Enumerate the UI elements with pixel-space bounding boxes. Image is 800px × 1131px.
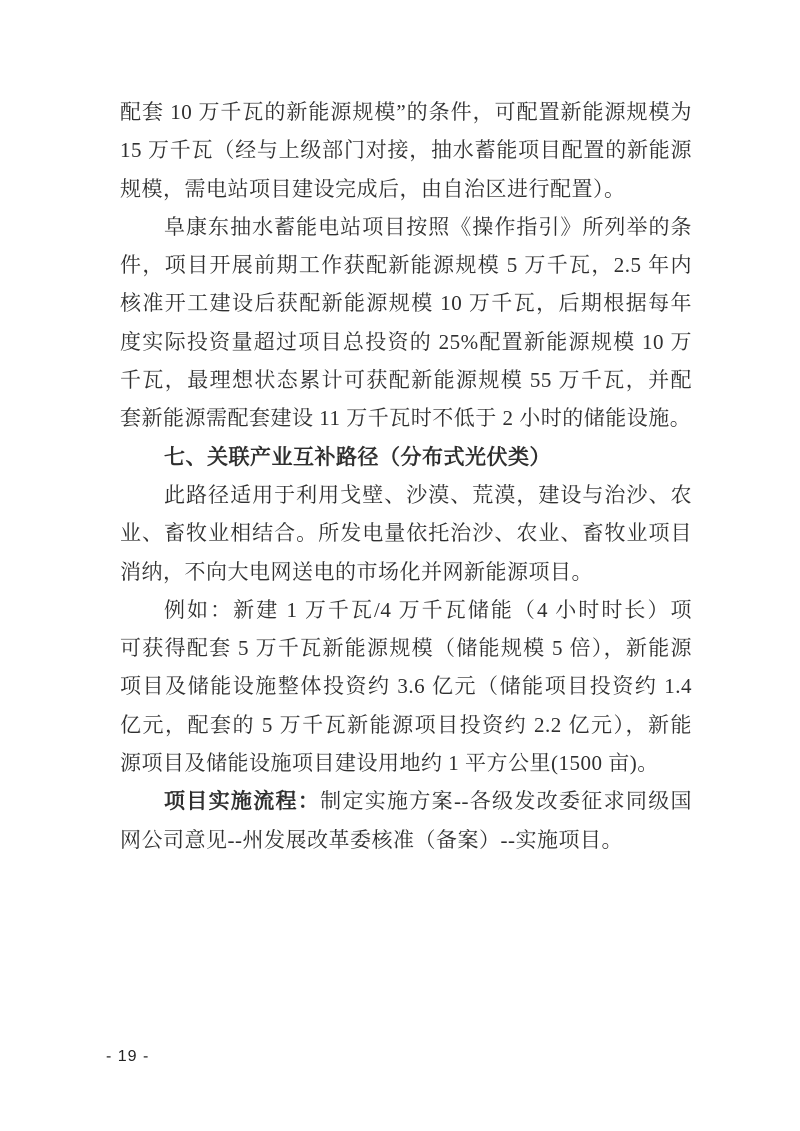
text-segment: 阜康东抽水蓄能电站项目按照《操作指引》所列举的条	[164, 215, 692, 239]
text-segment: 15 万千瓦（经与上级部门对接，抽水蓄能项目配置的新能源	[120, 138, 692, 162]
text-segment: 千瓦，最理想状态累计可获配新能源规模 55 万千瓦，并配	[120, 368, 692, 392]
bold-text-segment: 项目实施流程：	[164, 789, 320, 813]
bold-text-segment: 七、关联产业互补路径（分布式光伏类）	[164, 445, 551, 469]
text-line: 网公司意见--州发展改革委核准（备案）--实施项目。	[120, 821, 692, 859]
page-footer: - 19 -	[106, 1048, 149, 1066]
text-segment: 可获得配套 5 万千瓦新能源规模（储能规模 5 倍），新能源	[120, 636, 692, 660]
text-segment: 源项目及储能设施项目建设用地约 1 平方公里(1500 亩)。	[120, 751, 659, 775]
text-segment: 项目及储能设施整体投资约 3.6 亿元（储能项目投资约 1.4	[120, 674, 692, 698]
document-body: 配套 10 万千瓦的新能源规模”的条件，可配置新能源规模为15 万千瓦（经与上级…	[120, 93, 692, 859]
document-page: 配套 10 万千瓦的新能源规模”的条件，可配置新能源规模为15 万千瓦（经与上级…	[0, 0, 800, 1131]
text-line: 可获得配套 5 万千瓦新能源规模（储能规模 5 倍），新能源	[120, 629, 692, 667]
text-line: 亿元，配套的 5 万千瓦新能源项目投资约 2.2 亿元），新能	[120, 706, 692, 744]
text-segment: 消纳，不向大电网送电的市场化并网新能源项目。	[120, 560, 593, 584]
text-line: 项目实施流程：制定实施方案--各级发改委征求同级国	[120, 782, 692, 820]
text-line: 消纳，不向大电网送电的市场化并网新能源项目。	[120, 553, 692, 591]
text-line: 配套 10 万千瓦的新能源规模”的条件，可配置新能源规模为	[120, 93, 692, 131]
text-segment: 亿元，配套的 5 万千瓦新能源项目投资约 2.2 亿元），新能	[120, 713, 692, 737]
text-line: 套新能源需配套建设 11 万千瓦时不低于 2 小时的储能设施。	[120, 399, 692, 437]
text-segment: 核准开工建设后获配新能源规模 10 万千瓦，后期根据每年	[120, 291, 692, 315]
text-line: 源项目及储能设施项目建设用地约 1 平方公里(1500 亩)。	[120, 744, 692, 782]
page-number: - 19 -	[106, 1048, 149, 1065]
text-segment: 业、畜牧业相结合。所发电量依托治沙、农业、畜牧业项目	[120, 521, 692, 545]
text-segment: 规模，需电站项目建设完成后，由自治区进行配置）。	[120, 177, 626, 201]
text-line: 业、畜牧业相结合。所发电量依托治沙、农业、畜牧业项目	[120, 514, 692, 552]
text-line: 规模，需电站项目建设完成后，由自治区进行配置）。	[120, 170, 692, 208]
text-segment: 配套 10 万千瓦的新能源规模”的条件，可配置新能源规模为	[120, 100, 692, 124]
text-segment: 此路径适用于利用戈壁、沙漠、荒漠，建设与治沙、农	[164, 483, 692, 507]
text-line: 度实际投资量超过项目总投资的 25%配置新能源规模 10 万	[120, 323, 692, 361]
text-segment: 例如：新建 1 万千瓦/4 万千瓦储能（4 小时时长）项目，	[120, 598, 692, 629]
text-segment: 网公司意见--州发展改革委核准（备案）--实施项目。	[120, 828, 623, 852]
text-line: 件，项目开展前期工作获配新能源规模 5 万千瓦，2.5 年内	[120, 246, 692, 284]
text-segment: 制定实施方案--各级发改委征求同级国	[320, 789, 692, 813]
text-line: 例如：新建 1 万千瓦/4 万千瓦储能（4 小时时长）项目，	[120, 591, 692, 629]
text-segment: 套新能源需配套建设 11 万千瓦时不低于 2 小时的储能设施。	[120, 406, 691, 430]
text-line: 核准开工建设后获配新能源规模 10 万千瓦，后期根据每年	[120, 284, 692, 322]
text-line: 15 万千瓦（经与上级部门对接，抽水蓄能项目配置的新能源	[120, 131, 692, 169]
text-segment: 件，项目开展前期工作获配新能源规模 5 万千瓦，2.5 年内	[120, 253, 692, 277]
text-line: 此路径适用于利用戈壁、沙漠、荒漠，建设与治沙、农	[120, 476, 692, 514]
text-line: 项目及储能设施整体投资约 3.6 亿元（储能项目投资约 1.4	[120, 667, 692, 705]
section-heading: 七、关联产业互补路径（分布式光伏类）	[120, 438, 692, 476]
text-line: 阜康东抽水蓄能电站项目按照《操作指引》所列举的条	[120, 208, 692, 246]
text-line: 千瓦，最理想状态累计可获配新能源规模 55 万千瓦，并配	[120, 361, 692, 399]
text-segment: 度实际投资量超过项目总投资的 25%配置新能源规模 10 万	[120, 330, 692, 354]
